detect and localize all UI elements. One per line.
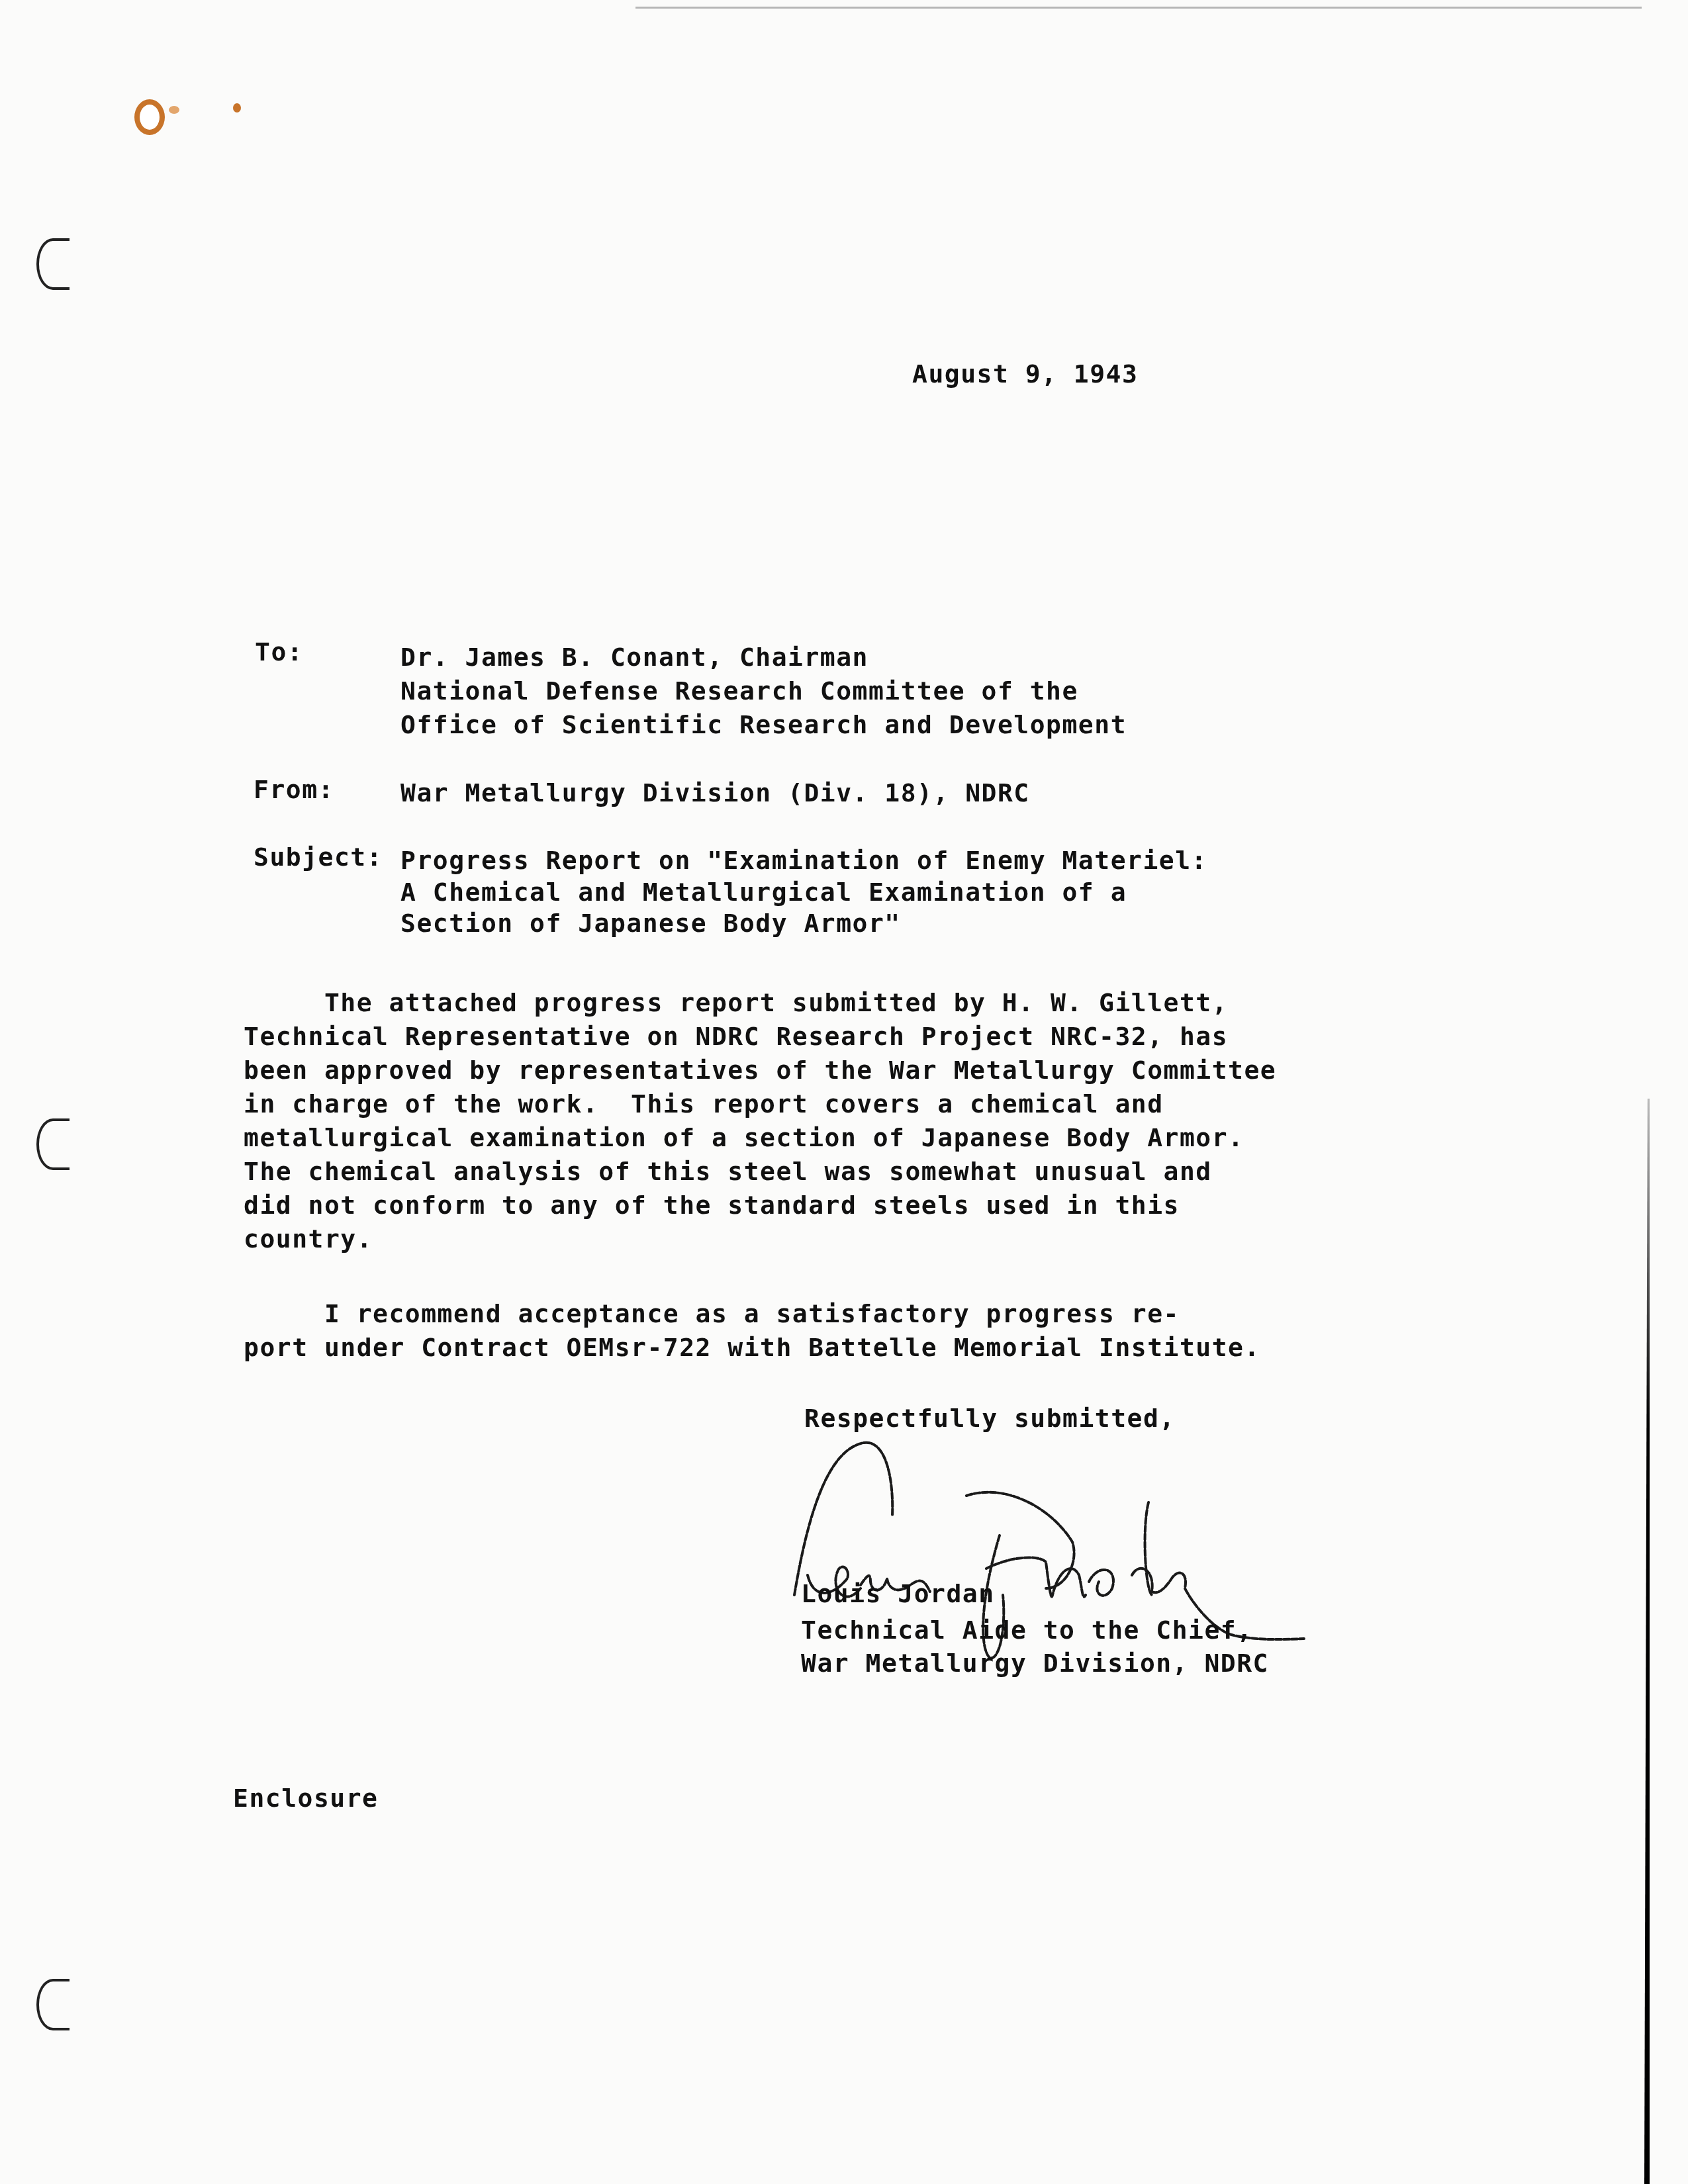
from-line: War Metallurgy Division (Div. 18), NDRC [400, 776, 1030, 810]
rust-stain [233, 103, 241, 113]
punch-hole-mark [36, 1979, 70, 2030]
to-line: National Defense Research Committee of t… [400, 674, 1078, 708]
body-line: metallurgical examination of a section o… [244, 1121, 1244, 1155]
enclosure-note: Enclosure [233, 1782, 378, 1815]
body-line: been approved by representatives of the … [244, 1054, 1276, 1087]
subject-line: Progress Report on "Examination of Enemy… [400, 844, 1207, 878]
body-line: The attached progress report submitted b… [244, 986, 1228, 1020]
rust-stain [169, 106, 179, 114]
to-label: To: [255, 635, 303, 669]
body-line: port under Contract OEMsr-722 with Batte… [244, 1331, 1260, 1365]
signer-title: Technical Aide to the Chief, [801, 1614, 1253, 1647]
body-line: I recommend acceptance as a satisfactory… [244, 1297, 1180, 1331]
letter-date: August 9, 1943 [912, 357, 1138, 391]
subject-line: Section of Japanese Body Armor" [400, 907, 901, 940]
punch-hole-mark [36, 238, 70, 290]
subject-line: A Chemical and Metallurgical Examination… [400, 876, 1127, 909]
body-line: country. [244, 1222, 373, 1256]
scan-right-edge [1644, 1099, 1650, 2184]
body-line: did not conform to any of the standard s… [244, 1189, 1180, 1222]
scan-top-edge [635, 7, 1642, 9]
to-line: Dr. James B. Conant, Chairman [400, 641, 868, 674]
to-line: Office of Scientific Research and Develo… [400, 708, 1127, 742]
body-line: in charge of the work. This report cover… [244, 1087, 1164, 1121]
body-line: Technical Representative on NDRC Researc… [244, 1020, 1228, 1054]
body-line: The chemical analysis of this steel was … [244, 1155, 1212, 1189]
signer-name: Louis Jordan [801, 1577, 995, 1611]
subject-label: Subject: [254, 841, 383, 874]
rust-stain [134, 99, 165, 135]
from-label: From: [254, 773, 334, 807]
signer-title: War Metallurgy Division, NDRC [801, 1647, 1269, 1680]
punch-hole-mark [36, 1118, 70, 1170]
